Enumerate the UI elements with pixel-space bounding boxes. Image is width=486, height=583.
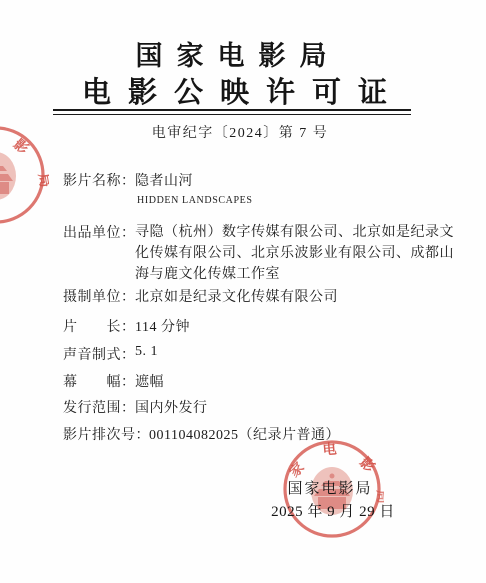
certificate-number: 电审纪字〔2024〕第 7 号 bbox=[0, 122, 480, 142]
seal-char: 电 bbox=[322, 440, 337, 458]
issuer-title: 国家电影局 bbox=[0, 34, 476, 73]
field-value-distribution-scope: 国内外发行 bbox=[135, 397, 208, 417]
official-seal-left: 影 局 bbox=[0, 124, 49, 228]
field-label-sound-format: 声音制式： bbox=[63, 344, 136, 364]
field-value-aspect-format: 遮幅 bbox=[135, 371, 164, 391]
field-label-film-name: 影片名称： bbox=[63, 170, 136, 190]
field-value-sound-format: 5. 1 bbox=[135, 344, 158, 360]
field-label-production-companies: 出品单位： bbox=[63, 222, 136, 242]
signature-authority: 国家电影局 bbox=[250, 477, 410, 498]
field-label-distribution-scope: 发行范围： bbox=[63, 397, 136, 417]
field-label-runtime: 片 长： bbox=[63, 316, 136, 336]
national-emblem-icon bbox=[0, 152, 16, 200]
field-value-production-companies: 寻隐（杭州）数字传媒有限公司、北京如是纪录文化传媒有限公司、北京乐波影业有限公司… bbox=[135, 222, 459, 285]
seal-char: 局 bbox=[35, 172, 49, 189]
title-divider bbox=[53, 109, 411, 115]
permit-title: 电影公映许可证 bbox=[0, 70, 486, 111]
film-permit-document: 影 局 国家电影局 电影公映许可证 电审纪字〔2024〕第 7 号 影片名称： … bbox=[0, 0, 486, 583]
film-name-english: HIDDEN LANDSCAPES bbox=[137, 195, 252, 206]
field-value-film-name: 隐者山河 bbox=[135, 170, 193, 190]
field-label-filming-company: 摄制单位： bbox=[63, 286, 136, 306]
signature-date: 2025 年 9 月 29 日 bbox=[243, 500, 423, 521]
field-label-release-serial-number: 影片排次号： bbox=[63, 424, 150, 444]
field-label-aspect-format: 幕 幅： bbox=[63, 371, 136, 391]
field-value-runtime: 114 分钟 bbox=[135, 316, 190, 336]
field-value-filming-company: 北京如是纪录文化传媒有限公司 bbox=[135, 286, 338, 306]
